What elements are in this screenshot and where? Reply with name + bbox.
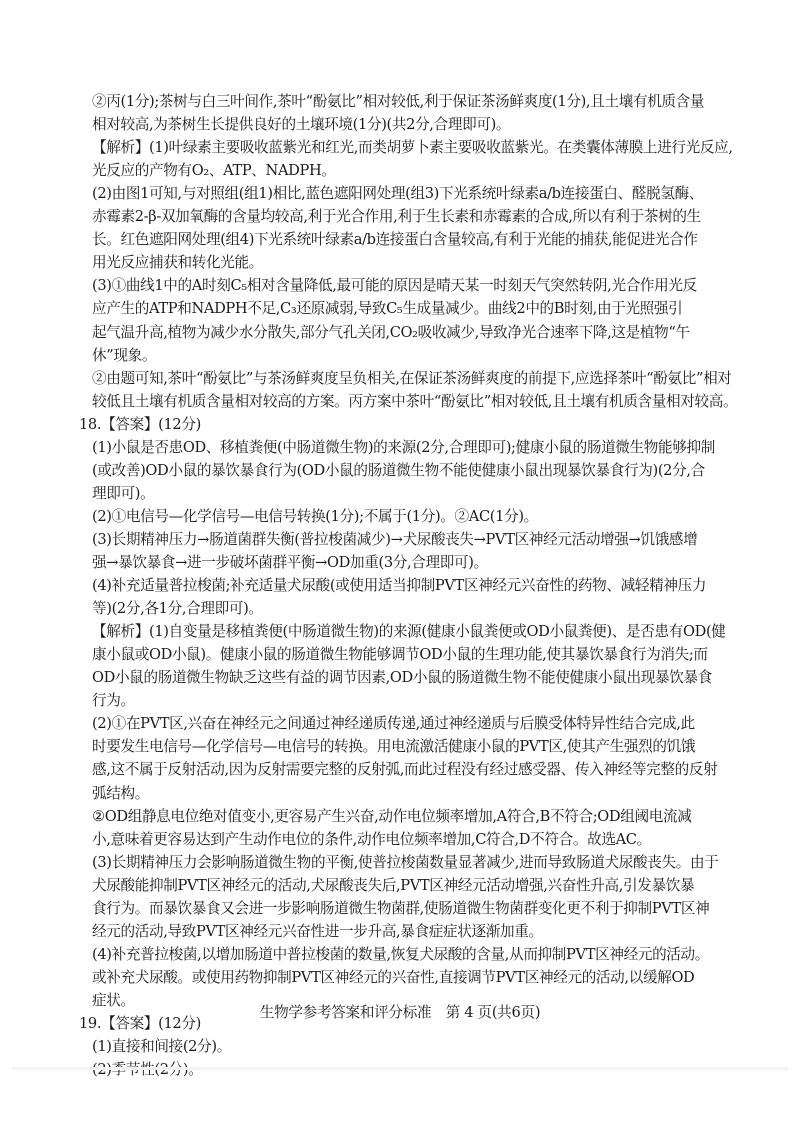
- text-line: (2)①在PVT区,兴奋在神经元之间通过神经递质传递,通过神经递质与后膜受体特异…: [92, 714, 732, 734]
- text-line: (3)长期精神压力→肠道菌群失衡(普拉梭菌减少)→犬尿酸丧失→PVT区神经元活动…: [92, 530, 732, 550]
- text-line: 休”现象。: [92, 346, 732, 366]
- text-line: 【解析】(1)自变量是移植粪便(中肠道微生物)的来源(健康小鼠粪便或OD小鼠粪便…: [92, 622, 732, 642]
- text-line: 强→暴饮暴食→进一步破坏菌群平衡→OD加重(3分,合理即可)。: [92, 553, 732, 573]
- text-line: ②OD组静息电位绝对值变小,更容易产生兴奋,动作电位频率增加,A符合,B不符合;…: [92, 807, 732, 827]
- text-line: 应产生的ATP和NADPH不足,C₃还原减弱,导致C₅生成量减少。曲线2中的B时…: [92, 299, 732, 319]
- text-line: (2)①电信号—化学信号—电信号转换(1分);不属于(1分)。②AC(1分)。: [92, 507, 732, 527]
- text-line: 用光反应捕获和转化光能。: [92, 253, 732, 273]
- text-line: (4)补充普拉梭菌,以增加肠道中普拉梭菌的数量,恢复犬尿酸的含量,从而抑制PVT…: [92, 945, 732, 965]
- text-line: 光反应的产物有O₂、ATP、NADPH。: [92, 161, 732, 181]
- text-line: (2)季节性(2分)。: [92, 1060, 732, 1080]
- text-line: 理即可)。: [92, 484, 732, 504]
- text-line: (3)长期精神压力会影响肠道微生物的平衡,使普拉梭菌数量显著减少,进而导致肠道犬…: [92, 853, 732, 873]
- text-line: 经元的活动,导致PVT区神经元兴奋性进一步升高,暴食症症状逐渐加重。: [92, 922, 732, 942]
- text-line: 时要发生电信号—化学信号—电信号的转换。用电流激活健康小鼠的PVT区,使其产生强…: [92, 737, 732, 757]
- text-line: (2)由图1可知,与对照组(组1)相比,蓝色遮阳网处理(组3)下光系统叶绿素a/…: [92, 184, 732, 204]
- text-line: (或改善)OD小鼠的暴饮暴食行为(OD小鼠的肠道微生物不能使健康小鼠出现暴饮暴食…: [92, 461, 732, 481]
- text-line: ②丙(1分);茶树与白三叶间作,茶叶“酚氨比”相对较低,利于保证茶汤鲜爽度(1分…: [92, 92, 732, 112]
- text-line: 感,这不属于反射活动,因为反射需要完整的反射弧,而此过程没有经过感受器、传入神经…: [92, 760, 732, 780]
- text-line: (4)补充适量普拉梭菌;补充适量犬尿酸(或使用适当抑制PVT区神经元兴奋性的药物…: [92, 576, 732, 596]
- text-line: (1)直接和间接(2分)。: [92, 1037, 732, 1057]
- text-line: 【解析】(1)叶绿素主要吸收蓝紫光和红光,而类胡萝卜素主要吸收蓝紫光。在类囊体薄…: [92, 138, 732, 158]
- text-line: ②由题可知,茶叶“酚氨比”与茶汤鲜爽度呈负相关,在保证茶汤鲜爽度的前提下,应选择…: [92, 369, 732, 389]
- text-line: 康小鼠或OD小鼠)。健康小鼠的肠道微生物能够调节OD小鼠的生理功能,使其暴饮暴食…: [92, 645, 732, 665]
- text-line: 犬尿酸能抑制PVT区神经元的活动,犬尿酸丧失后,PVT区神经元活动增强,兴奋性升…: [92, 876, 732, 896]
- text-line: 食行为。而暴饮暴食又会进一步影响肠道微生物菌群,使肠道微生物菌群变化更不利于抑制…: [92, 899, 732, 919]
- text-line: 相对较高,为茶树生长提供良好的土壤环境(1分)(共2分,合理即可)。: [92, 115, 732, 135]
- page-footer: 生物学参考答案和评分标准 第 4 页(共6页): [0, 1001, 800, 1022]
- text-line: 赤霉素2-β-双加氧酶的含量均较高,利于光合作用,利于生长素和赤霉素的合成,所以…: [92, 207, 732, 227]
- text-line: 等)(2分,各1分,合理即可)。: [92, 599, 732, 619]
- question-heading: 18.【答案】(12分): [79, 415, 719, 435]
- text-line: 较低且土壤有机质含量相对较高的方案。丙方案中茶叶“酚氨比”相对较低,且土壤有机质…: [92, 392, 732, 412]
- text-line: 或补充犬尿酸。或使用药物抑制PVT区神经元的兴奋性,直接调节PVT区神经元的活动…: [92, 968, 732, 988]
- text-line: 长。红色遮阳网处理(组4)下光系统叶绿素a/b连接蛋白含量较高,有利于光能的捕获…: [92, 230, 732, 250]
- text-line: (1)小鼠是否患OD、移植粪便(中肠道微生物)的来源(2分,合理即可);健康小鼠…: [92, 438, 732, 458]
- text-line: 行为。: [92, 691, 732, 711]
- page-divider: [12, 1067, 788, 1070]
- text-line: OD小鼠的肠道微生物缺乏这些有益的调节因素,OD小鼠的肠道微生物不能使健康小鼠出…: [92, 668, 732, 688]
- document-page: ②丙(1分);茶树与白三叶间作,茶叶“酚氨比”相对较低,利于保证茶汤鲜爽度(1分…: [0, 0, 800, 1132]
- text-line: (3)①曲线1中的A时刻C₅相对含量降低,最可能的原因是晴天某一时刻天气突然转阴…: [92, 276, 732, 296]
- text-line: 小,意味着更容易达到产生动作电位的条件,动作电位频率增加,C符合,D不符合。故选…: [92, 830, 732, 850]
- text-line: 弧结构。: [92, 784, 732, 804]
- text-line: 起气温升高,植物为减少水分散失,部分气孔关闭,CO₂吸收减少,导致净光合速率下降…: [92, 323, 732, 343]
